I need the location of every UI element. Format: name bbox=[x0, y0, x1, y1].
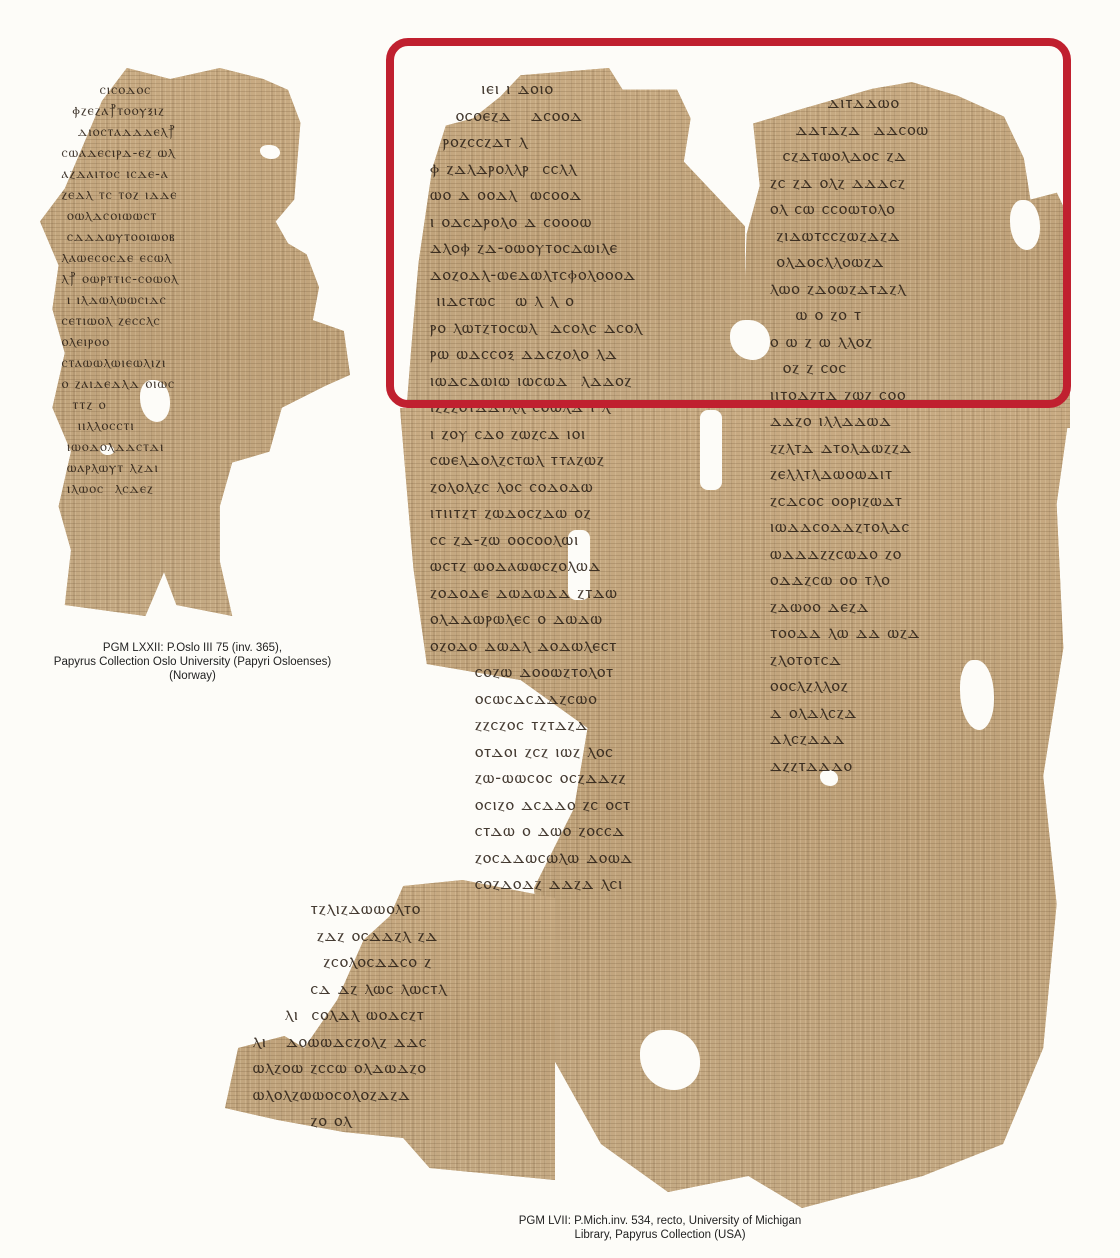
caption-michigan-line-1: PGM LVII: P.Mich.inv. 534, recto, Univer… bbox=[455, 1214, 865, 1228]
papyrus-script-oslo: ⲥⲓⲥⲟⲇⲟⲥ ⲫⲍⲉⲍⲁ⳨ⲧⲟⲟⲩⲝⲓⲍ ⲇⲓⲟⲥⲧⲁⲇⲇⲇⲉⲗ⳨ ⲥⲱⲁⲇⲉ… bbox=[56, 80, 179, 500]
caption-oslo-line-3: (Norway) bbox=[20, 669, 365, 683]
papyrus-hole bbox=[700, 410, 722, 490]
caption-oslo: PGM LXXII: P.Oslo III 75 (inv. 365), Pap… bbox=[20, 641, 365, 683]
papyrus-hole bbox=[260, 145, 280, 159]
caption-oslo-line-2: Papyrus Collection Oslo University (Papy… bbox=[20, 655, 365, 669]
caption-michigan-line-2: Library, Papyrus Collection (USA) bbox=[455, 1228, 865, 1242]
highlight-box bbox=[386, 38, 1071, 408]
caption-oslo-line-1: PGM LXXII: P.Oslo III 75 (inv. 365), bbox=[20, 641, 365, 655]
caption-michigan: PGM LVII: P.Mich.inv. 534, recto, Univer… bbox=[455, 1214, 865, 1242]
papyrus-script-michigan-lower-left: ⲧⲍⲗⲓⲍⲇⲱⲱⲟⲗⲧⲟ ⲍⲇⲍ ⲟⲥⲇⲇⲍⲗ ⲍⲇ ⲍⲥⲟⲗⲟⲥⲇⲇⲥⲟ ⲍ … bbox=[240, 896, 447, 1135]
